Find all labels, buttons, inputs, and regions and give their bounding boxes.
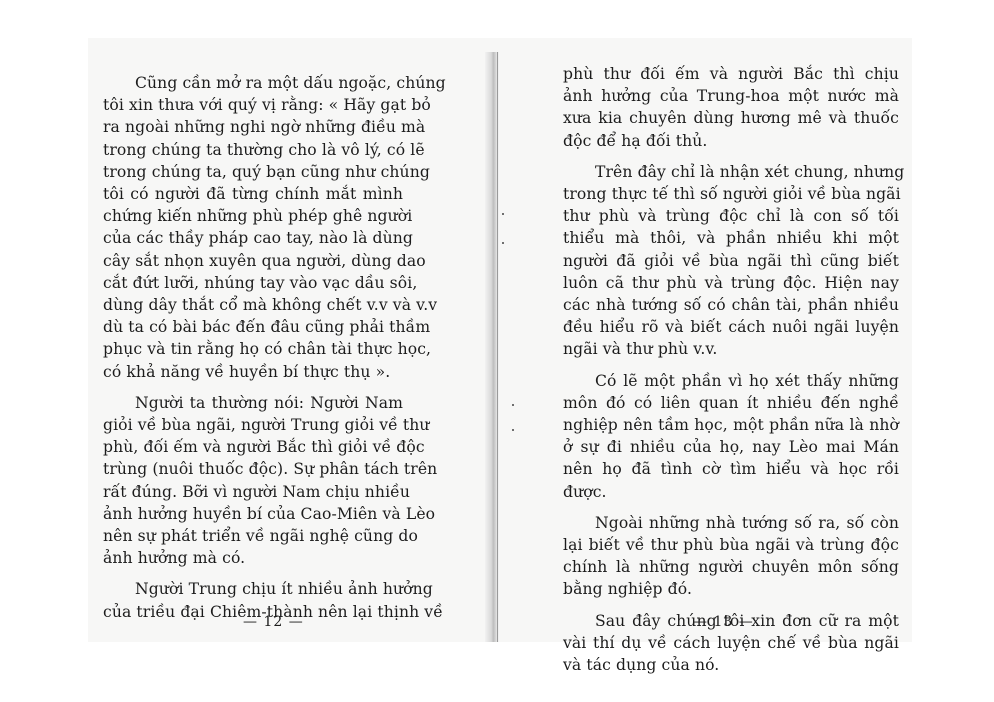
text-line: dùng dây thắt cổ mà không chết v.v và v.… [103,294,403,316]
text-line: phục và tin rằng họ có chân tài thực học… [103,338,403,360]
text-line: trong chúng ta thường cho là vô lý, có l… [103,139,403,161]
text-line: phù thư đối ếm và người Bắc thì chịu [563,63,899,85]
text-line: và tác dụng của nó. [563,654,899,676]
text-line: nghiệp nên tầm học, một phần nữa là nhờ [563,414,899,436]
text-line: bằng nghiệp đó. [563,578,899,600]
paragraph-gap [563,152,899,161]
text-line: phù, đối ếm và người Bắc thì giỏi về độc [103,436,403,458]
text-line: xưa kia chuyên dùng hương mê và thuốc [563,107,899,129]
text-line: trong thực tế thì số người giỏi về bùa n… [563,183,899,205]
paragraph: Trên đây chỉ là nhận xét chung, nhưngtro… [563,161,899,361]
text-line: được. [563,481,899,503]
paragraph: Có lẽ một phần vì họ xét thấy nhữngmôn đ… [563,370,899,503]
text-line: nên họ đã tình cờ tìm hiểu và học rồi [563,458,899,480]
text-line: tôi xin thưa với quý vị rằng: « Hãy gạt … [103,94,403,116]
text-line: Người Trung chịu ít nhiều ảnh hưởng [103,578,403,600]
text-line: Người ta thường nói: Người Nam [103,392,403,414]
text-line: giỏi về bùa ngãi, người Trung giỏi về th… [103,414,403,436]
text-line: ở sự đi nhiều của họ, nay Lèo mai Mán [563,436,899,458]
scan-speck [502,242,504,244]
paragraph: Người ta thường nói: Người Namgiỏi về bù… [103,392,403,570]
text-line: các nhà tướng số có chân tài, phần nhiều [563,294,899,316]
spine-fold-line [497,52,498,642]
text-line: người đã giỏi về bùa ngãi thì cũng biết [563,250,899,272]
text-line: thư phù và trùng độc chỉ là con số tối [563,205,899,227]
text-line: nên sự phát triển về ngãi nghệ cũng do [103,525,403,547]
paragraph-gap [563,601,899,610]
page-number-left: — 12 — [243,614,304,630]
paragraph: Cũng cần mở ra một dấu ngoặc, chúngtôi x… [103,72,403,383]
paragraph-gap [103,569,403,578]
text-line: Có lẽ một phần vì họ xét thấy những [563,370,899,392]
text-line: trong chúng ta, quý bạn cũng như chúng [103,161,403,183]
paragraph-gap [563,503,899,512]
text-line: chứng kiến những phù phép ghê người [103,205,403,227]
left-page-text: Cũng cần mở ra một dấu ngoặc, chúngtôi x… [103,72,403,623]
scan-speck [502,213,504,215]
text-line: thiểu mà thôi, và phần nhiều khi một [563,227,899,249]
text-line: luôn cã thư phù và trùng độc. Hiện nay [563,272,899,294]
text-line: Trên đây chỉ là nhận xét chung, nhưng [563,161,899,183]
text-line: rất đúng. Bỡi vì người Nam chịu nhiều [103,481,403,503]
text-line: cắt đứt lưỡi, nhúng tay vào vạc dầu sôi, [103,272,403,294]
scan-speck [512,429,514,431]
paragraph-gap [103,383,403,392]
text-line: của các thầy pháp cao tay, nào là dùng [103,227,403,249]
page-number-right: — 13 — [693,614,754,630]
text-line: Ngoài những nhà tướng số ra, số còn [563,512,899,534]
paragraph-gap [563,361,899,370]
text-line: ảnh hưởng mà có. [103,547,403,569]
text-line: lại biết về thư phù bùa ngãi và trùng độ… [563,534,899,556]
text-line: đều hiểu rõ và biết cách nuôi ngãi luyện [563,316,899,338]
text-line: Cũng cần mở ra một dấu ngoặc, chúng [103,72,403,94]
text-line: ảnh hưởng của Trung-hoa một nước mà [563,85,899,107]
paragraph: Ngoài những nhà tướng số ra, số cònlại b… [563,512,899,601]
text-line: môn đó có liên quan ít nhiều đến nghề [563,392,899,414]
text-line: độc để hạ đối thủ. [563,130,899,152]
text-line: ngãi và thư phù v.v. [563,338,899,360]
text-line: tôi có người đã từng chính mắt mình [103,183,403,205]
text-line: ra ngoài những nghi ngờ những điều mà [103,116,403,138]
text-line: dù ta có bài bác đến đâu cũng phải thầm [103,316,403,338]
text-line: có khả năng về huyền bí thực thụ ». [103,361,403,383]
text-line: vài thí dụ về cách luyện chế về bùa ngãi [563,632,899,654]
text-line: ảnh hưởng huyền bí của Cao-Miên và Lèo [103,503,403,525]
scan-speck [512,404,514,406]
paragraph: phù thư đối ếm và người Bắc thì chịuảnh … [563,63,899,152]
text-line: cây sắt nhọn xuyên qua người, dùng dao [103,250,403,272]
right-page-text: phù thư đối ếm và người Bắc thì chịuảnh … [563,63,899,676]
text-line: chính là những người chuyên môn sống [563,556,899,578]
text-line: trùng (nuôi thuốc độc). Sự phân tách trê… [103,458,403,480]
